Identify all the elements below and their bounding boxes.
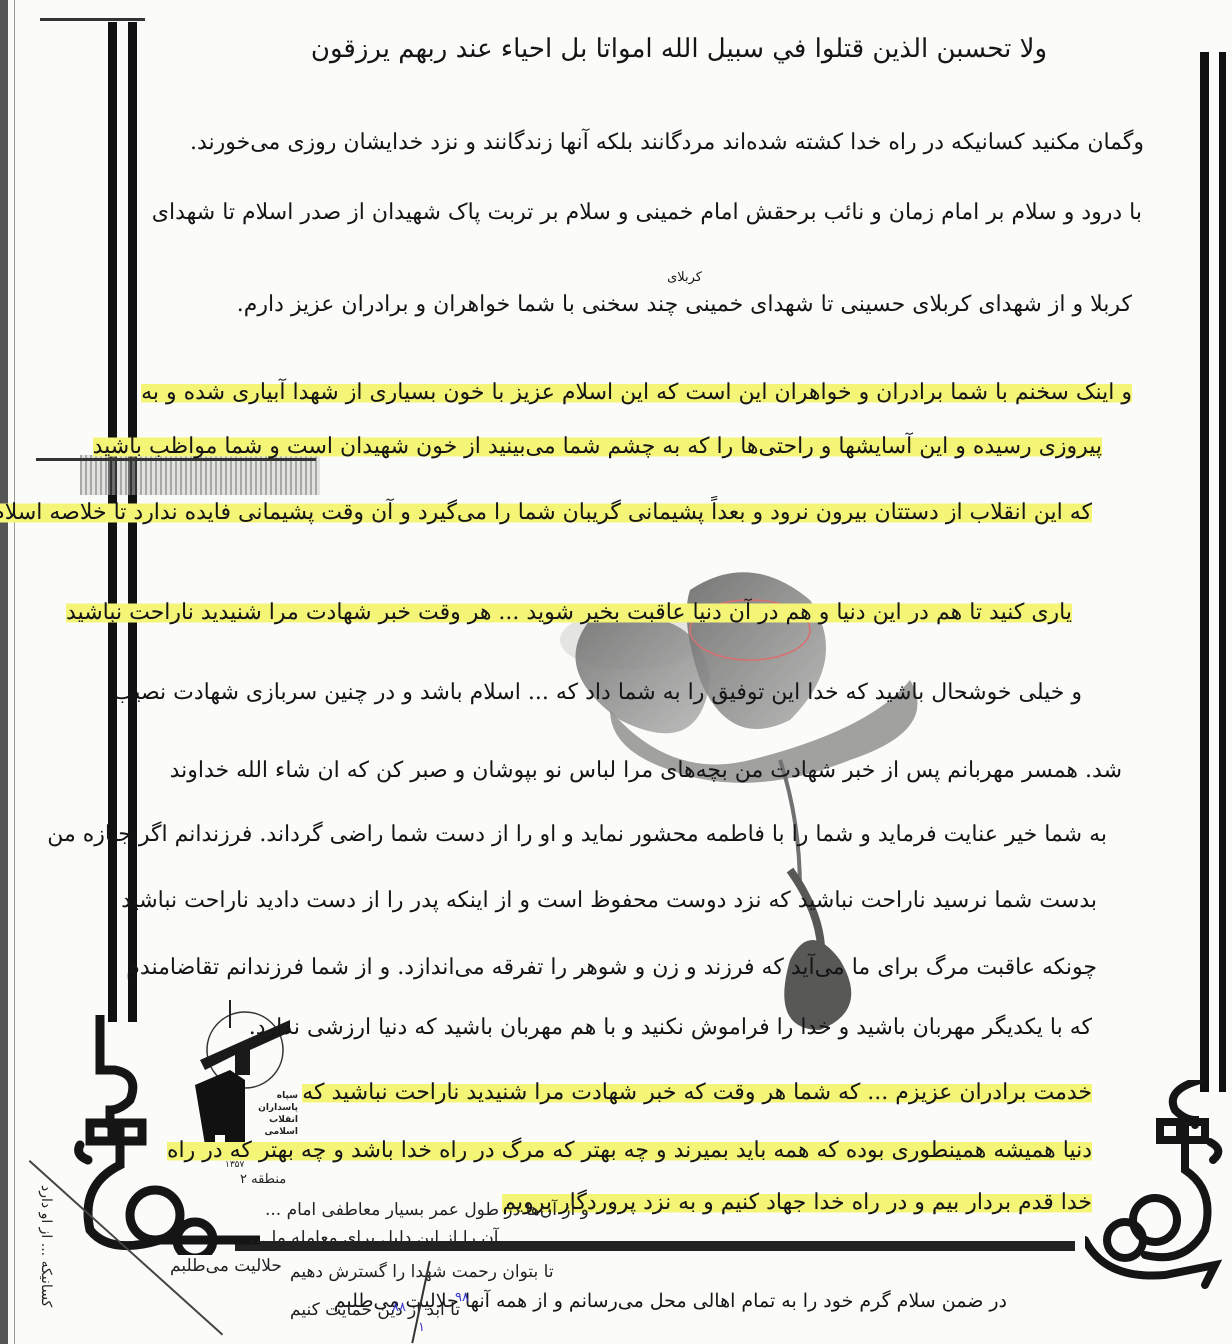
fold-smudge: [80, 455, 320, 495]
margin-note: تا ابد از دین حمایت کنیم: [290, 1300, 460, 1320]
frame-right-rule-outer: [1219, 52, 1226, 1092]
highlighted-text-line: یاری کنید تا هم در این دنیا و هم در آن د…: [66, 600, 1072, 625]
quran-verse-heading: ولا تحسبن الذين قتلوا في سبيل الله اموات…: [311, 34, 1047, 64]
highlighted-text-line: که این انقلاب از دستتان بیرون نرود و بعد…: [0, 500, 1092, 525]
emblem-line: پاسداران: [258, 1102, 298, 1114]
highlighted-text-line: خدا قدم بردار بیم و در راه خدا جهاد کنیم…: [502, 1190, 1092, 1215]
highlighted-text-line: دنیا همیشه همینطوری بوده که همه باید بمی…: [167, 1138, 1092, 1163]
emblem-line: انقلاب: [258, 1114, 298, 1126]
margin-note: حلالیت می‌طلبم: [170, 1256, 282, 1276]
text-line: شد. همسر مهربانم پس از خبر شهادت من بچه‌…: [170, 758, 1122, 783]
side-margin-note: کسانیکه ... از او دارد: [38, 1185, 54, 1307]
text-line: بدست شما نرسید ناراحت نباشید که نزد دوست…: [121, 888, 1097, 913]
text-line: و خیلی خوشحال باشید که خدا این توفیق را …: [113, 680, 1082, 705]
text-line: که با یکدیگر مهربان باشید و خدا را فرامو…: [249, 1015, 1092, 1040]
margin-note: منطقه ۲: [240, 1172, 286, 1187]
scan-edge-line: [14, 0, 15, 1344]
emblem-caption: سپاه پاسداران انقلاب اسلامی: [258, 1090, 298, 1138]
margin-note: تا بتوان رحمت شهدا را گسترش دهیم: [290, 1262, 554, 1282]
text-line: به شما خیر عنایت فرماید و شما را با فاطم…: [47, 822, 1107, 847]
emblem-line: سپاه: [258, 1090, 298, 1102]
scan-edge: [0, 0, 8, 1344]
highlighted-text-line: و اینک سخنم با شما برادران و خواهران این…: [141, 380, 1132, 405]
corner-ornament-right-icon: [1085, 1080, 1232, 1310]
text-insertion: کربلای: [667, 270, 702, 285]
blue-annotation: ۱: [418, 1320, 425, 1335]
frame-top-rule: [40, 18, 145, 21]
scanned-document-page: سپاه پاسداران انقلاب اسلامی ۱۳۵۷ ولا تحس…: [0, 0, 1232, 1344]
text-line: با درود و سلام بر امام زمان و نائب برحقش…: [152, 200, 1142, 225]
text-line: چونکه عاقبت مرگ برای ما می‌آید که فرزند …: [126, 955, 1097, 980]
text-line: وگمان مکنید کسانیکه در راه خدا کشته شده‌…: [190, 130, 1144, 155]
margin-note: و از آن‌ها در طول عمر بسیار معاطفی امام …: [265, 1200, 589, 1220]
text-line: کربلا و از شهدای کربلای حسینی تا شهدای خ…: [237, 292, 1132, 317]
highlighted-text-line: پیروزی رسیده و این آسایشها و راحتی‌ها را…: [93, 434, 1102, 459]
highlighted-text-line: خدمت برادران عزیزم ... که شما هر وقت که …: [302, 1080, 1092, 1105]
margin-note: آن را از این دلیل برای معامله ما ...: [250, 1228, 498, 1248]
emblem-line: اسلامی: [258, 1126, 298, 1138]
blue-annotation: ۹۸: [455, 1290, 469, 1305]
frame-right-rule-inner: [1200, 52, 1209, 1092]
blue-annotation: ۸۸: [392, 1300, 406, 1315]
